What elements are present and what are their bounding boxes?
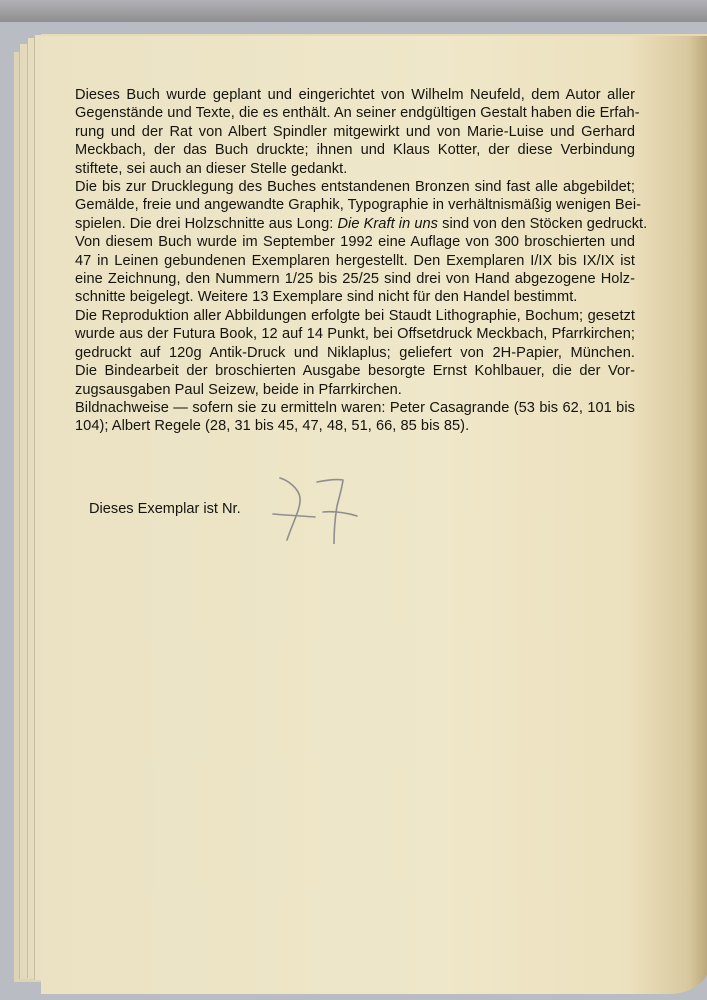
text-line: Von diesem Buch wurde im September 1992 … (75, 233, 635, 251)
paragraph-production: Die Reproduktion aller Abbildungen erfol… (75, 307, 635, 399)
text-line: Gemälde, freie und angewandte Graphik, T… (75, 196, 635, 214)
text-line: stiftete, sei auch an dieser Stelle geda… (75, 160, 635, 178)
text-line: wurde aus der Futura Book, 12 auf 14 Pun… (75, 325, 635, 343)
text-line: Bildnachweise — sofern sie zu ermitteln … (75, 399, 635, 417)
text-line: Gegenstände und Texte, die es enthält. A… (75, 104, 635, 122)
text-line: Meckbach, der das Buch druckte; ihnen un… (75, 141, 635, 159)
text-run: sind von den Stöcken gedruckt. (438, 216, 647, 232)
book-title-italic: Die Kraft in uns (337, 216, 438, 232)
text-line: schnitte beigelegt. Weitere 13 Exemplare… (75, 288, 635, 306)
text-run: spielen. Die drei Holzschnitte aus Long: (75, 216, 337, 232)
text-line: Die Reproduktion aller Abbildungen erfol… (75, 307, 635, 325)
colophon-text: Dieses Buch wurde geplant und eingericht… (75, 86, 635, 436)
text-line: eine Zeichnung, den Nummern 1/25 bis 25/… (75, 270, 635, 288)
paragraph-edition: Die bis zur Drucklegung des Buches entst… (75, 178, 635, 307)
handwritten-number-pencil (255, 474, 365, 544)
exemplar-label: Dieses Exemplar ist Nr. (89, 501, 241, 517)
paragraph-image-credits: Bildnachweise — sofern sie zu ermitteln … (75, 399, 635, 436)
text-line: Dieses Buch wurde geplant und eingericht… (75, 86, 635, 104)
text-line: zugsausgaben Paul Seizew, beide in Pfarr… (75, 381, 635, 399)
text-line: gedruckt auf 120g Antik-Druck und Niklap… (75, 344, 635, 362)
text-line: 47 in Leinen gebundenen Exemplaren herge… (75, 252, 635, 270)
text-line: Die bis zur Drucklegung des Buches entst… (75, 178, 635, 196)
text-line: 104); Albert Regele (28, 31 bis 45, 47, … (75, 417, 635, 435)
paragraph-credits: Dieses Buch wurde geplant und eingericht… (75, 86, 635, 178)
text-line: spielen. Die drei Holzschnitte aus Long:… (75, 215, 635, 233)
text-line: rung und der Rat von Albert Spindler mit… (75, 123, 635, 141)
text-line: Die Bindearbeit der broschierten Ausgabe… (75, 362, 635, 380)
